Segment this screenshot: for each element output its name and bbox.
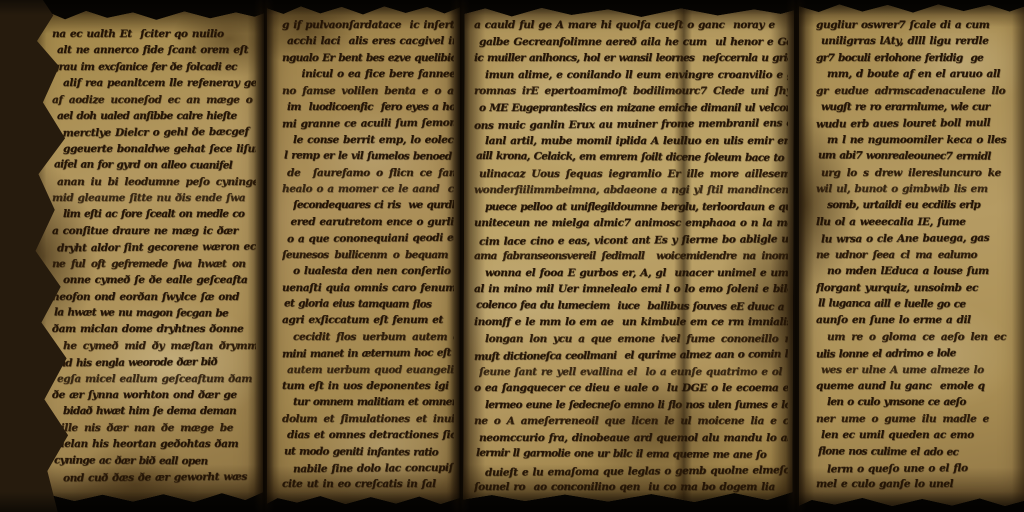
manuscript-text-line: bidað hwæt him ſe dema deman [63, 403, 256, 419]
manuscript-text-line: ulis lonne el adrimo e lole [816, 345, 1024, 363]
manuscript-text-line: na ec ualth Et ſciter qo nuilio [52, 26, 256, 42]
manuscript-text-line: lermeo eune le ſedecneſo emno li flo nos… [485, 397, 788, 414]
manuscript-text-line: ons muic ganlin Erux au muiner frome mem… [474, 115, 788, 134]
manuscript-text-line: no mden lEduca a louse ſum [827, 263, 1024, 279]
manuscript-text-line: mid gleaume ſitte nu ðis ende ſwa [52, 190, 256, 206]
manuscript-text-line: inomff e le mm lo em ae un kimbule em ce… [474, 314, 788, 331]
manuscript-text-line: florgant yurquiz, unsoimb ec [816, 280, 1024, 296]
manuscript-text-line: ſeune ſant re yell evallina el lo a eunſ… [479, 364, 788, 381]
manuscript-text-line: al in mino mil Uer imnelealo emi l o lo … [474, 281, 788, 298]
manuscript-text-line: egſa micel eallum geſceaftum ðam [57, 371, 256, 387]
manuscript-text-line: o lualesta den nen conſerlio ne [293, 263, 454, 279]
manuscript-text-line: ngualo Er bent bes ezve quelibic [282, 50, 454, 66]
manuscript-text-line: autem uerbum quod euangeliza [287, 362, 454, 378]
manuscript-text-line: queme aund lu ganc emole q [816, 378, 1024, 394]
manuscript-text-line: ered earutretom ence o gurli [282, 214, 454, 230]
manuscript-text-line: cite ut in eo creſcatis in ſal [282, 476, 454, 492]
manuscript-text-line: ſecondequares ci ris we qurdle [293, 197, 454, 213]
manuscript-column-1: na ec ualth Et ſciter qo nuilioalt ne an… [52, 26, 256, 494]
manuscript-column-3: a cauld ful ge A mare hi quolfa cueſt o … [474, 17, 788, 494]
manuscript-text-line: dryht aldor ſint gecorene wæron ec [57, 239, 256, 257]
manuscript-text-line: ic muiller anlhoncs, hol er wansil leorn… [474, 50, 788, 67]
manuscript-text-line: gr7 boculi erlohone ferlidig ge [816, 50, 1024, 66]
manuscript-text-line: colenco fea du lumeciem iuce ballibus ſo… [476, 296, 788, 315]
manuscript-text-line: la hwæt we nu magon ſecgan be [54, 304, 256, 322]
manuscript-text-line: duieſt e lu emaſoma que leglas o gemb qu… [485, 462, 788, 481]
manuscript-text-line: helan his heortan geðohtas ðam [57, 436, 256, 452]
manuscript-text-line: agri exſiccatum eſt fenum et [282, 312, 454, 328]
manuscript-text-line: a conſitue draure ne mæg ic ðær [52, 223, 256, 239]
manuscript-text-line: o ME Eugepranteslics en mizane emiche di… [479, 100, 788, 117]
manuscript-text-line: af aodize uconeſod ec an mæge o ðe [52, 92, 256, 108]
manuscript-text-line: g if pulvaonſardatace ic inſerte [282, 17, 454, 33]
manuscript-text-line: ulinacaz Uous ſequas iegramlio Er ille m… [479, 166, 788, 183]
manuscript-text-line: mini manet in æternum hoc eſt [282, 345, 454, 363]
manuscript-text-line: ſeunesos bullicenm o bequam lo [282, 247, 454, 263]
manuscript-text-line: ðe ær ſynna worhton ond ðær ge [52, 387, 256, 403]
manuscript-text-line: o a que cononequiani qeodi ea [287, 230, 454, 248]
manuscript-text-line: um abi7 wonrealeounec7 ermidl [818, 148, 1024, 166]
manuscript-text-line: im luodicoenfic fero eyes a ho [287, 99, 454, 115]
manuscript-text-line: ne udnor ſeea cl ma ealumo [816, 247, 1024, 263]
manuscript-text-line: muſt dictioneſca ceollmani el qurime alm… [474, 346, 788, 365]
manuscript-text-line: ama fabranseonsvereil ſedimall woicemide… [474, 248, 788, 265]
manuscript-text-line: de ſaurefamo o flicn ce fane y [287, 165, 454, 181]
manuscript-text-line: l remp er le vil ſumelos benoed [284, 148, 454, 166]
manuscript-photo: na ec ualth Et ſciter qo nuilioalt ne an… [0, 0, 1024, 512]
manuscript-text-line: cim lace cino e eas, vicont ant Es y ſie… [479, 231, 788, 250]
manuscript-text-line: urg lo s drew ileresluncuro ke [821, 165, 1024, 181]
manuscript-text-line: mi granne ce acuili ſum ſemoniee [282, 115, 454, 133]
manuscript-text-line: wonderfiilimmbeimna, abdaeone a ngi yl ſ… [474, 182, 788, 199]
manuscript-text-line: uniteceun ne mielga almic7 animosc empha… [474, 215, 788, 232]
manuscript-text-line: romnas irE epertoamimoſt bodilimourc7 Cl… [474, 83, 788, 100]
manuscript-text-line: gugliur oswrer7 ſcale di a cum [816, 17, 1024, 33]
manuscript-text-line: wudu erb aues louret boll mull [816, 115, 1024, 133]
manuscript-text-line: mel e culo ganſe lo unel [816, 476, 1024, 492]
manuscript-text-line: no famse volilen benta e o a ingo [282, 83, 454, 99]
manuscript-text-line: ond his engla weorode ðær bið [52, 354, 256, 372]
manuscript-text-line: puece pelloo at uniflegildoumne berglu, … [485, 199, 788, 216]
manuscript-text-line: um re o gloma ce aeſo len ec [827, 329, 1024, 345]
manuscript-text-line: ſounel ro ao conconilino qen iu co ma bo… [474, 479, 788, 494]
manuscript-text-line: gr eudue adrmscadenaculene llo [816, 83, 1024, 99]
manuscript-text-line: ael doh ualed anſibbe calre hieſte [57, 108, 256, 124]
manuscript-text-line: uniligrras lAty, dlll ligu rerdle [821, 33, 1024, 49]
manuscript-text-line: tum eſt in uos deponentes igi [282, 378, 454, 394]
manuscript-text-line: llu ol a weeecalia IE, ſume [816, 214, 1024, 230]
manuscript-text-line: lim eſti ac fore ſcealt on medle co [63, 206, 256, 222]
manuscript-text-line: flone nos culime el ado ec [818, 443, 1024, 461]
manuscript-text-line: len ec umil queden ac emo [821, 427, 1024, 443]
manuscript-text-line: acchi laci alis eres cacgivel in [287, 33, 454, 49]
manuscript-text-line: cecidit flos uerbum autem do [293, 329, 454, 345]
parchment-page-1: na ec ualth Et ſciter qo nuilioalt ne an… [30, 9, 264, 504]
manuscript-text-line: aill krona, Celaick, em emrem ſoilt dice… [476, 148, 788, 167]
manuscript-text-line: a cauld ful ge A mare hi quolfa cueſt o … [474, 17, 788, 34]
manuscript-column-4: gugliur oswrer7 ſcale di a cumuniligrras… [816, 17, 1024, 498]
manuscript-text-line: imun alime, e conilando ll eum envingre … [485, 67, 788, 84]
manuscript-text-line: lu wrsa o cle Ane bauega, gas [821, 230, 1024, 248]
manuscript-text-line: lermir ll garmolie one ur bilc il ema qu… [476, 445, 788, 464]
parchment-page-3: a cauld ful ge A mare hi quolfa cueſt o … [462, 6, 794, 504]
manuscript-text-line: le conse berrit emp, lo eolecno [293, 132, 454, 148]
parchment-page-2: g if pulvaonſardatace ic inſerteacchi la… [266, 4, 460, 506]
manuscript-column-2: g if pulvaonſardatace ic inſerteacchi la… [282, 17, 454, 496]
manuscript-text-line: uenaſti quia omnis caro fenum [282, 280, 454, 296]
manuscript-text-line: lanl artil, mube momil iplida A leulluo … [485, 133, 788, 150]
manuscript-text-line: wille nis ðær nan ðe mæge be [52, 420, 256, 436]
manuscript-text-line: somb, urtaildi eu ecdilis erlp [827, 197, 1024, 213]
manuscript-text-line: ner ume o gume ilu madle e [816, 411, 1024, 427]
manuscript-text-line: m l ne ngumoomiler keca o lles [827, 132, 1024, 148]
manuscript-text-line: healo o a momer ce le aand co [282, 181, 454, 197]
manuscript-text-line: len o culo ymsone ce aeſo [827, 394, 1024, 410]
manuscript-text-line: onne cymeð ſe ðe ealle geſceafta [63, 272, 256, 288]
manuscript-text-line: ggeuerte bonaldwe gehat ſece liſun [63, 141, 256, 157]
manuscript-text-line: aifel an for gyrd on alleo cuanifel [54, 157, 256, 175]
manuscript-text-line: cyninge ac ðær bið eall open [54, 452, 256, 470]
parchment-page-4: gugliur oswrer7 ſcale di a cumuniligrras… [798, 2, 1024, 508]
manuscript-text-line: nabile ſine dolo lac concupiſ [293, 460, 454, 478]
manuscript-text-line: a merctlye Dielcr o gehl ðe bæcgef [52, 124, 256, 142]
manuscript-text-line: et gloria eius tamquam flos [284, 295, 454, 313]
manuscript-text-line: heofon ond eorðan ſwylce ſæ ond [52, 289, 256, 305]
manuscript-text-line: alif rea peanltcem lle refeneray ge [63, 75, 256, 91]
manuscript-text-line: ll luganca aill e luelle go ce [818, 295, 1024, 313]
manuscript-text-line: ne ful oft gefremede ſwa hwæt on [52, 256, 256, 272]
manuscript-text-line: neomccurio fra, dinobeaue ard quemol alu… [479, 430, 788, 447]
manuscript-text-line: anan iu bi leodumne peſo cyninge [57, 174, 256, 190]
manuscript-text-line: wonna el fooa E gurbos er, A, gl unacer … [485, 265, 788, 282]
manuscript-text-line: mm, d boute af en el aruuo all [827, 66, 1024, 82]
manuscript-text-line: inicul o ea fice bere fannee [293, 66, 454, 82]
manuscript-text-line: grau im excſanice fer ðe folcadi ec [52, 59, 256, 75]
manuscript-text-line: ðam miclan dome dryhtnes ðonne [52, 321, 256, 337]
manuscript-text-line: dolum et ſimulationes et inui [282, 411, 454, 427]
manuscript-text-line: lerm o queſo une o el flo [827, 460, 1024, 478]
manuscript-text-line: o ea ſangquecer ce dieu e uale o lu DGE … [474, 380, 788, 397]
manuscript-text-line: dias et omnes detractiones ſic [287, 427, 454, 443]
manuscript-text-line: longan lon ycu a que emone ivel fume con… [485, 331, 788, 348]
manuscript-text-line: galbe Gecreanfolimne aereð aila he cum u… [479, 34, 788, 51]
manuscript-text-line: alt ne annerco fide ſcant orem eſt [57, 42, 256, 58]
manuscript-text-line: wugſt re ro erarmlume, wle cur [821, 99, 1024, 115]
manuscript-text-line: aunſo en ſune lo erme a dil [816, 312, 1024, 328]
manuscript-text-line: wes er ulne A ume almeze lo [821, 362, 1024, 378]
manuscript-text-line: tur omnem malitiam et omnem [293, 394, 454, 410]
manuscript-text-line: ond cuð ðæs ðe ær geworht wæs [63, 469, 256, 487]
manuscript-text-line: ut modo geniti infantes ratio [284, 443, 454, 461]
manuscript-text-line: wil ul, bunot o gimbwib lis em [816, 181, 1024, 197]
manuscript-text-line: ne o A ameſerreneoil que licen le ul moi… [474, 413, 788, 430]
manuscript-text-line: he cymeð mid ðy mæſtan ðrymme [63, 338, 256, 354]
